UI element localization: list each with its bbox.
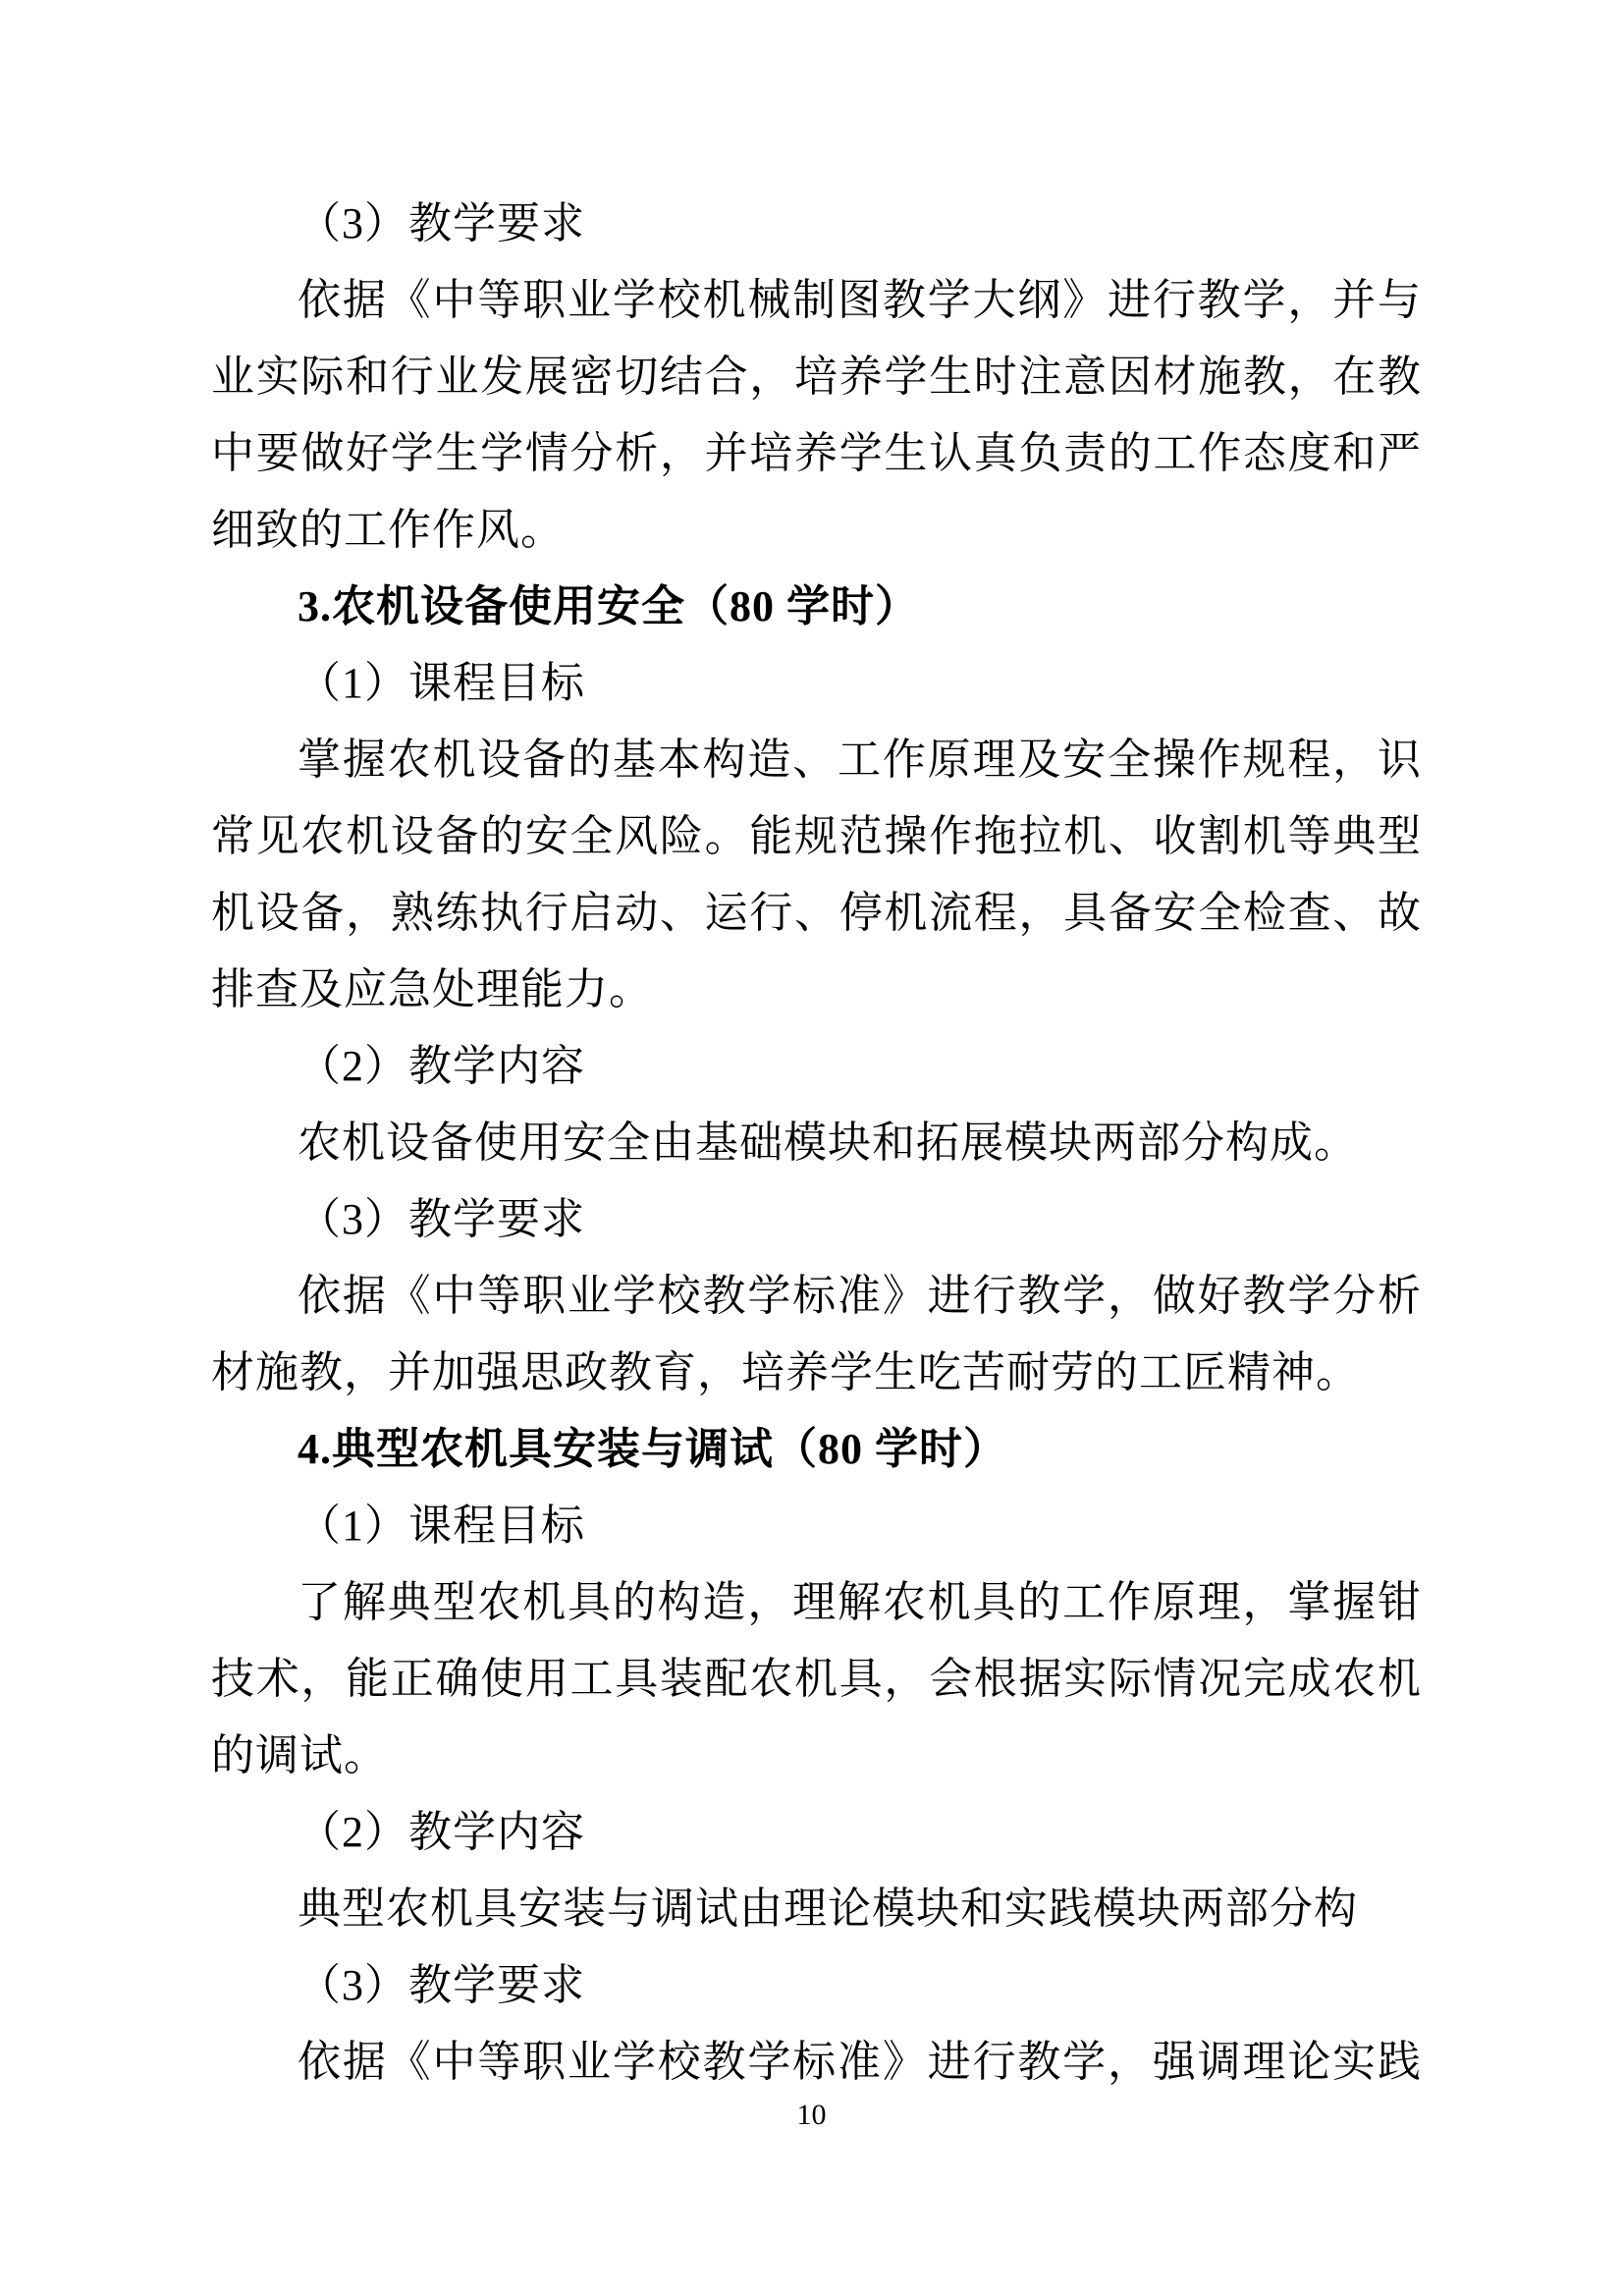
body-text-line: 机设备，熟练执行启动、运行、停机流程，具备安全检查、故障 [211,875,1422,952]
body-text-line: 常见农机设备的安全风险。能规范操作拖拉机、收割机等典型农 [211,798,1422,875]
body-text-line: 中要做好学生学情分析，并培养学生认真负责的工作态度和严谨 [211,415,1422,492]
item-label-line: （3）教学要求 [211,1947,1422,2024]
body-text-line: 农机设备使用安全由基础模块和拓展模块两部分构成。 [211,1105,1422,1181]
body-text-line: 依据《中等职业学校教学标准》进行教学，强调理论实践一 [211,2024,1422,2101]
body-text-line: 材施教，并加强思政教育，培养学生吃苦耐劳的工匠精神。 [211,1335,1422,1411]
item-label-line: （3）教学要求 [211,186,1422,262]
item-label-line: （3）教学要求 [211,1181,1422,1258]
item-label-line: （1）课程目标 [211,645,1422,722]
body-text-line: 排查及应急处理能力。 [211,952,1422,1028]
item-label-line: （1）课程目标 [211,1488,1422,1564]
item-label-line: （2）教学内容 [211,1794,1422,1871]
body-text-line: 业实际和行业发展密切结合，培养学生时注意因材施教，在教学 [211,339,1422,415]
body-text-line: 依据《中等职业学校机械制图教学大纲》进行教学，并与专 [211,262,1422,339]
body-text-line: 掌握农机设备的基本构造、工作原理及安全操作规程，识别 [211,722,1422,798]
body-text-line: 细致的工作作风。 [211,492,1422,569]
body-text-line: 的调试。 [211,1718,1422,1794]
section-heading: 4.典型农机具安装与调试（80 学时） [211,1411,1422,1488]
section-heading: 3.农机设备使用安全（80 学时） [211,569,1422,645]
body-text-line: 技术，能正确使用工具装配农机具，会根据实际情况完成农机具 [211,1641,1422,1718]
body-text-line: 典型农机具安装与调试由理论模块和实践模块两部分构成。 [211,1871,1422,1947]
document-page: （3）教学要求 依据《中等职业学校机械制图教学大纲》进行教学，并与专 业实际和行… [0,0,1623,2296]
text-column: （3）教学要求 依据《中等职业学校机械制图教学大纲》进行教学，并与专 业实际和行… [211,186,1422,2101]
body-text-line: 依据《中等职业学校教学标准》进行教学，做好教学分析因 [211,1258,1422,1335]
body-text-line: 了解典型农机具的构造，理解农机具的工作原理，掌握钳工 [211,1564,1422,1641]
page-number: 10 [0,2098,1623,2133]
item-label-line: （2）教学内容 [211,1028,1422,1105]
